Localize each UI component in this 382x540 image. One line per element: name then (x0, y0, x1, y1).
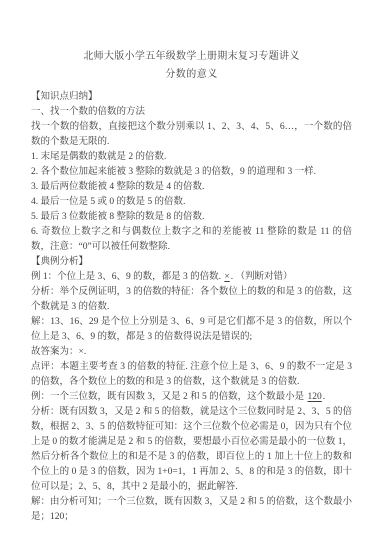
rule-item-6: 6. 奇数位上数字之和与偶数位上数字之和的差能被 11 整除的数是 11 的倍数… (31, 225, 352, 255)
rule-item-2: 2. 各个数位加起来能被 3 整除的数就是 3 的倍数，9 的道理和 3 一样. (31, 165, 352, 180)
example1-question-suffix: . （判断对错） (231, 272, 293, 282)
example2-analysis: 分析：既有因数 3，又是 2 和 5 的倍数，就是这个三位数同时是 2、3、5 … (31, 405, 352, 495)
typical-examples-header: 【典例分析】 (31, 255, 352, 270)
example2-answer-underlined: 120 (307, 392, 323, 402)
knowledge-points-header: 【知识点归纳】 (31, 90, 352, 105)
page-subtitle: 分数的意义 (31, 67, 352, 82)
rule-item-4: 4. 最后一位是 5 或 0 的数是 5 的倍数. (31, 195, 352, 210)
method-body: 找一个数的倍数，直接把这个数分别乘以 1、2、3、4、5、6…，一个数的倍数的个… (31, 120, 352, 150)
rule-item-1: 1. 末尾是偶数的数就是 2 的倍数. (31, 150, 352, 165)
document-page: 北师大版小学五年级数学上册期末复习专题讲义 分数的意义 【知识点归纳】 一、找一… (0, 0, 382, 540)
example1-comment: 点评：本题主要考查 3 的倍数的特征. 注意个位上是 3、6、9 的数不一定是 … (31, 360, 352, 390)
example1-solution: 解：13、16、29 是个位上分别是 3、6、9 可是它们都不是 3 的倍数，所… (31, 315, 352, 345)
example2-question-prefix: 例：一个三位数，既有因数 3，又是 2 和 5 的倍数，这个数最小是 (31, 392, 307, 402)
rule-item-5: 5. 最后 3 位数能被 8 整除的数是 8 的倍数. (31, 210, 352, 225)
example2-question: 例：一个三位数，既有因数 3，又是 2 和 5 的倍数，这个数最小是 120. (31, 390, 352, 405)
example1-answer-underlined: × (223, 272, 230, 282)
method-title: 一、找一个数的倍数的方法 (31, 105, 352, 120)
page-title: 北师大版小学五年级数学上册期末复习专题讲义 (31, 49, 352, 64)
example1-question: 例 1：个位上是 3、6、9 的数，都是 3 的倍数. ×. （判断对错） (31, 270, 352, 285)
example1-answer-line: 故答案为：×. (31, 345, 352, 360)
example2-question-suffix: . (323, 392, 325, 402)
example1-analysis: 分析：举个反例证明，3 的倍数的特征：各个数位上的数的和是 3 的倍数，这个数就… (31, 285, 352, 315)
rule-item-3: 3. 最后两位数能被 4 整除的数是 4 的倍数. (31, 180, 352, 195)
example2-solution: 解：由分析可知；一个三位数，既有因数 3，又是 2 和 5 的倍数，这个数最小是… (31, 495, 352, 525)
example1-question-prefix: 例 1：个位上是 3、6、9 的数，都是 3 的倍数. (31, 272, 223, 282)
